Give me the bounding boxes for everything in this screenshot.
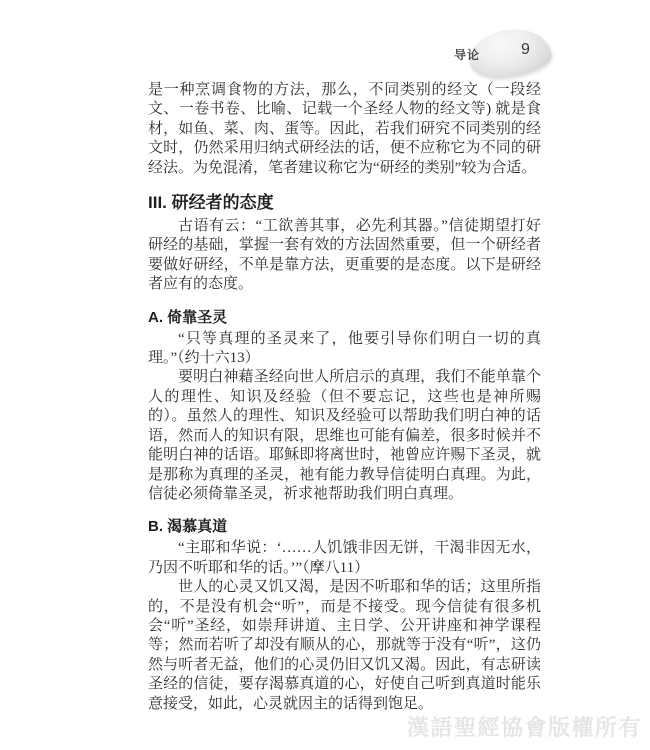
subsection-heading-a: A. 倚靠圣灵: [148, 308, 541, 327]
running-head-section-label: 导论: [454, 46, 480, 63]
section-heading-iii: III. 研经者的态度: [148, 193, 541, 213]
book-page: 导论 9 是一种烹调食物的方法，那么，不同类别的经文（一段经文、一卷书卷、比喻、…: [0, 0, 650, 750]
running-head: 导论 9: [0, 0, 650, 80]
scripture-quote-paragraph: “主耶和华说：‘……人饥饿非因无饼，干渴非因无水，乃因不听耶和华的话。’”（摩八…: [148, 539, 541, 578]
copyright-watermark: 漢語聖經協會版權所有: [407, 711, 642, 742]
page-number: 9: [521, 41, 530, 59]
subsection-heading-b: B. 渴慕真道: [148, 517, 541, 536]
scripture-quote-paragraph: “只等真理的圣灵来了，他要引导你们明白一切的真理。”（约十六13）: [148, 330, 541, 369]
paragraph: 要明白神藉圣经向世人所启示的真理，我们不能单靠个人的理性、知识及经验（但不要忘记…: [148, 368, 541, 504]
text-column: 是一种烹调食物的方法，那么，不同类别的经文（一段经文、一卷书卷、比喻、记载一个圣…: [148, 81, 541, 714]
paragraph-continued: 是一种烹调食物的方法，那么，不同类别的经文（一段经文、一卷书卷、比喻、记载一个圣…: [148, 81, 541, 178]
paragraph: 古语有云：“工欲善其事，必先利其器。”信徒期望打好研经的基础，掌握一套有效的方法…: [148, 217, 541, 295]
paragraph: 世人的心灵又饥又渴，是因不听耶和华的话；这里所指的，不是没有机会“听”，而是不接…: [148, 578, 541, 714]
